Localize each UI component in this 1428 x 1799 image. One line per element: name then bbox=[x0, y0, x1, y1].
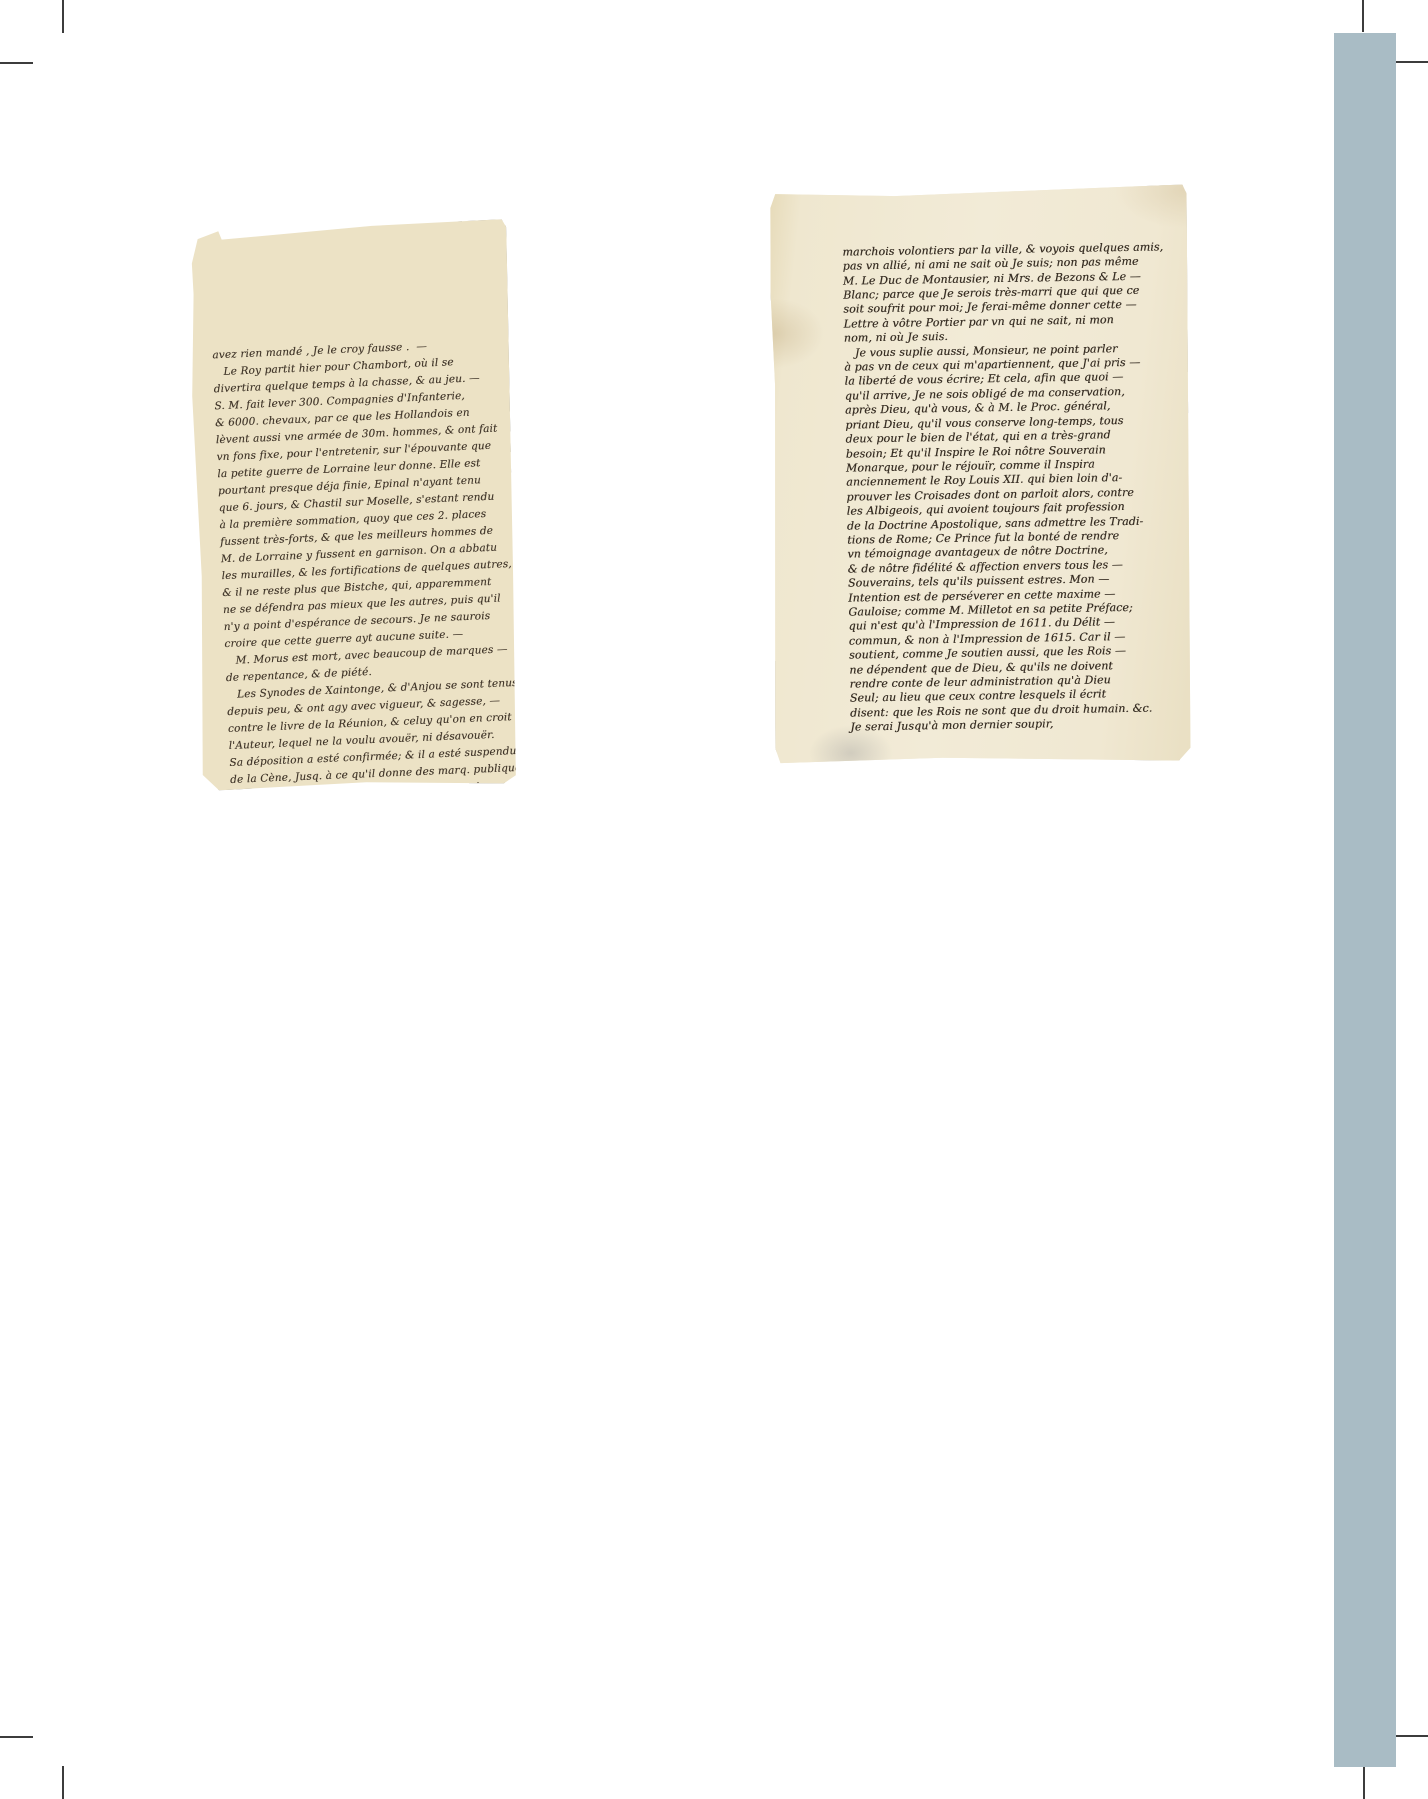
crop-mark-top-right-vertical bbox=[1362, 0, 1364, 32]
crop-mark-top-right-horizontal bbox=[1395, 61, 1428, 63]
closing-line-2: obeïssant, & très-obligé serviteur, bbox=[852, 806, 1178, 826]
crop-mark-bottom-left-vertical bbox=[62, 1766, 64, 1799]
left-manuscript-photo: avez rien mandé , Je le croy fausse . — … bbox=[186, 219, 520, 791]
signature-flourish-icon bbox=[393, 784, 507, 879]
crop-mark-bottom-right-horizontal bbox=[1395, 1735, 1428, 1737]
valediction: Monsieur, bbox=[879, 764, 958, 780]
crop-mark-top-left-horizontal bbox=[0, 62, 33, 64]
signature-conrart: Conrart. bbox=[852, 849, 1188, 869]
crop-mark-bottom-right-vertical bbox=[1363, 1766, 1365, 1799]
crop-mark-top-left-vertical bbox=[62, 0, 64, 33]
right-manuscript-text: marchois volontiers par la ville, & voyo… bbox=[842, 211, 1194, 926]
decorative-margin-bar bbox=[1334, 33, 1396, 1767]
scanned-book-page: avez rien mandé , Je le croy fausse . — … bbox=[0, 0, 1428, 1799]
right-manuscript-photo: marchois volontiers par la ville, & voyo… bbox=[768, 184, 1193, 765]
crop-mark-bottom-left-horizontal bbox=[0, 1736, 33, 1738]
letter-closing: Monsieur, Vôtre très-humble, très- obeïs… bbox=[850, 732, 1193, 898]
left-manuscript-text: avez rien mandé , Je le croy fausse . — … bbox=[210, 284, 522, 823]
closing-line-1: Vôtre très-humble, très- bbox=[1032, 762, 1174, 779]
manuscript-text-line: entièrement à vous. bbox=[231, 794, 521, 823]
